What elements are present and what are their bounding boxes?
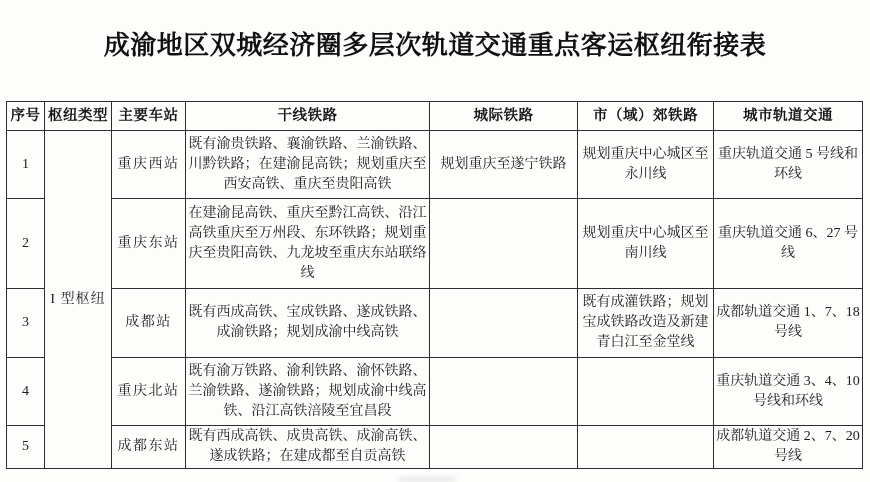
cell-metro-1: 重庆轨道交通 5 号线和环线: [714, 131, 863, 199]
cell-station-2: 重庆东站: [112, 199, 186, 289]
table-row: 1 I 型枢纽 重庆西站 既有渝贵铁路、襄渝铁路、兰渝铁路、川黔铁路；在建渝昆高…: [7, 131, 863, 199]
cell-trunk-1: 既有渝贵铁路、襄渝铁路、兰渝铁路、川黔铁路；在建渝昆高铁；规划重庆至西安高铁、重…: [186, 131, 430, 199]
cell-trunk-3: 既有西成高铁、宝成铁路、遂成铁路、成渝铁路；规划成渝中线高铁: [186, 289, 430, 358]
cell-metro-2: 重庆轨道交通 6、27 号线: [714, 199, 863, 289]
cell-no-5: 5: [7, 426, 45, 469]
cell-intercity-2: [430, 199, 578, 289]
cell-metro-3: 成都轨道交通 1、7、18 号线: [714, 289, 863, 358]
page-title: 成渝地区双城经济圈多层次轨道交通重点客运枢纽衔接表: [0, 25, 870, 62]
cell-trunk-4: 既有渝万铁路、渝利铁路、渝怀铁路、兰渝铁路、遂渝铁路；规划成渝中线高铁、沿江高铁…: [186, 358, 430, 426]
cell-metro-5: 成都轨道交通 2、7、20 号线: [714, 426, 863, 469]
cell-station-3: 成都站: [112, 289, 186, 358]
table-row: 4 重庆北站 既有渝万铁路、渝利铁路、渝怀铁路、兰渝铁路、遂渝铁路；规划成渝中线…: [7, 358, 863, 426]
cell-no-3: 3: [7, 289, 45, 358]
table-row: 2 重庆东站 在建渝昆高铁、重庆至黔江高铁、沿江高铁重庆至万州段、东环铁路；规划…: [7, 199, 863, 289]
cell-station-5: 成都东站: [112, 426, 186, 469]
cell-intercity-5: [430, 426, 578, 469]
cell-suburban-3: 既有成灌铁路；规划宝成铁路改造及新建青白江至金堂线: [578, 289, 714, 358]
page-bottom-smudge: [398, 477, 456, 482]
col-header-urban-metro: 城市轨道交通: [714, 102, 863, 131]
cell-no-1: 1: [7, 131, 45, 199]
cell-intercity-1: 规划重庆至遂宁铁路: [430, 131, 578, 199]
col-header-trunk-rail: 干线铁路: [186, 102, 430, 131]
cell-intercity-3: [430, 289, 578, 358]
cell-no-4: 4: [7, 358, 45, 426]
cell-trunk-5: 既有西成高铁、成贵高铁、成渝高铁、遂成铁路；在建成都至自贡高铁: [186, 426, 430, 469]
cell-suburban-1: 规划重庆中心城区至永川线: [578, 131, 714, 199]
col-header-no: 序号: [7, 102, 45, 131]
cell-metro-4: 重庆轨道交通 3、4、10 号线和环线: [714, 358, 863, 426]
cell-intercity-4: [430, 358, 578, 426]
col-header-suburban-rail: 市（域）郊铁路: [578, 102, 714, 131]
col-header-station: 主要车站: [112, 102, 186, 131]
cell-trunk-2: 在建渝昆高铁、重庆至黔江高铁、沿江高铁重庆至万州段、东环铁路；规划重庆至贵阳高铁…: [186, 199, 430, 289]
cell-station-1: 重庆西站: [112, 131, 186, 199]
col-header-hub-type: 枢纽类型: [45, 102, 112, 131]
cell-hub-type: I 型枢纽: [45, 131, 112, 469]
col-header-intercity-rail: 城际铁路: [430, 102, 578, 131]
cell-suburban-4: [578, 358, 714, 426]
hub-connection-table: 序号 枢纽类型 主要车站 干线铁路 城际铁路 市（域）郊铁路 城市轨道交通 1 …: [6, 101, 863, 469]
table-row: 5 成都东站 既有西成高铁、成贵高铁、成渝高铁、遂成铁路；在建成都至自贡高铁 成…: [7, 426, 863, 469]
cell-no-2: 2: [7, 199, 45, 289]
cell-station-4: 重庆北站: [112, 358, 186, 426]
table-row: 3 成都站 既有西成高铁、宝成铁路、遂成铁路、成渝铁路；规划成渝中线高铁 既有成…: [7, 289, 863, 358]
header-row: 序号 枢纽类型 主要车站 干线铁路 城际铁路 市（域）郊铁路 城市轨道交通: [7, 102, 863, 131]
cell-suburban-2: 规划重庆中心城区至南川线: [578, 199, 714, 289]
cell-suburban-5: [578, 426, 714, 469]
